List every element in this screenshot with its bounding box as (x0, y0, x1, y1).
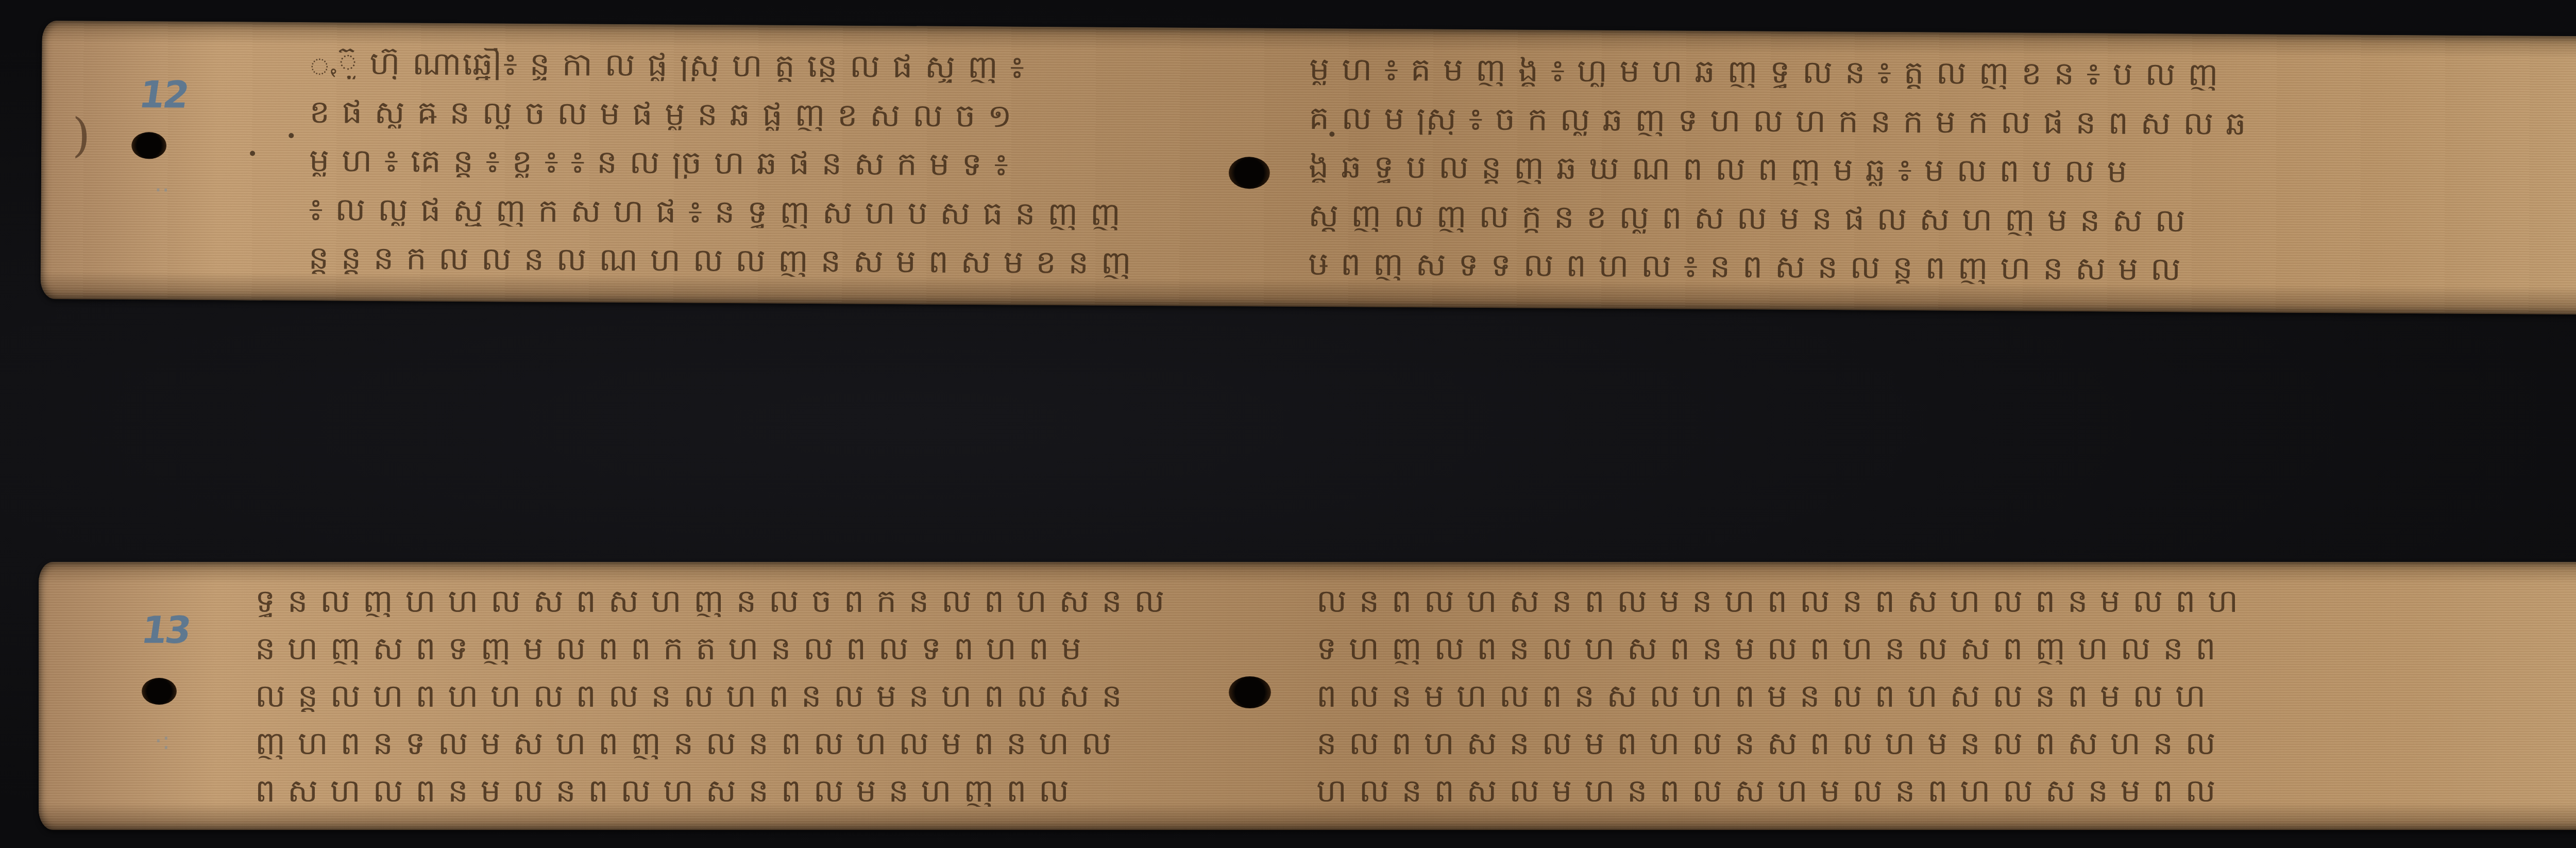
script-line: ព ល ន ម ហ ល ព ន ស ល ហ ព ម ន ល ព ហ ស ល ន … (1316, 680, 2576, 712)
string-hole-center (1229, 676, 1271, 708)
script-line: ខ ផ ស្ល ឝ ន ល្ល ច ល ម ផ ម្ល ន ឆ ផ្ល ញ ខ … (309, 96, 1216, 134)
folio-number-left: 12 (137, 73, 191, 116)
string-hole-left (131, 132, 166, 159)
script-line: ទ ហ ញ ល ព ន ល ហ ស ព ន ម ល ព ហ ន ល ស ព ញ … (1316, 633, 2576, 664)
script-line: ន ល ព ហ ស ន ល ម ព ហ ល ន ស ព ល ហ ម ន ល ព … (1316, 727, 2576, 759)
script-line: ង្គ ឆ ទ្ធ ប ល ន្ត ញ ឆ ឃ ណ ព ល ព ញ ម ឆ្ល … (1309, 151, 2576, 192)
string-hole-center (1229, 157, 1270, 189)
folio-number-left: 13 (139, 608, 192, 652)
script-line: គ ល ម ស្រុ ៖ ច ក ល្ល ឆ ញ ទ ហ ល ហ ក ន ក ម… (1309, 102, 2576, 143)
palm-leaf-folio-13: 13 13 ·: ·· ទ្ធ ន ល ញ ហ ហ ល ស ព ស ហ ញ ន … (39, 562, 2576, 830)
script-line: ស្ត ញ ល ញ ល ក្ក ន ខ ល្ល ព ស ល ម ន ផ ល ស … (1308, 199, 2576, 241)
text-block-left: ទ្ធ ន ល ញ ហ ហ ល ស ព ស ហ ញ ន ល ច ព ក ន ល … (255, 585, 1213, 807)
faint-ink-mark: ·· (154, 176, 170, 204)
text-block-right: ម្ល ហ ៖ គ ម ញ ង្គ ៖ ហ្ល ម ហ ឆ ញ ទ្ធ ល ន … (1308, 53, 2576, 289)
script-line: ន្ត ន្ត ន ក ល ល ន ល ណ ហ ល ល ញ ន ស ម ព ស … (309, 242, 1215, 279)
script-line: ꩻ៊ូ ហ៊ុ ណាឆ្នឿ៖ ន្ទុ កា ល ផ្ល ស្រុ ហ ត្ត… (310, 47, 1216, 85)
script-line: ល ន ព ល ហ ស ន ព ល ម ន ហ ព ល ន ព ស ហ ល ព … (1316, 585, 2576, 617)
script-line: ន ហ ញ ស ព ទ ញ ម ល ព ព ក ត ហ ន ល ព ល ទ ព … (255, 633, 1213, 664)
palm-leaf-folio-12: 12 12 ·· ·· ) ꩻ៊ូ ហ៊ុ ណាឆ្នឿ៖ ន្ទុ កា ល … (40, 21, 2576, 317)
string-hole-left (142, 678, 177, 705)
script-line: ឞ ព ញ ស ទ ទ ល ព ហ ល ៖ ន ព ស ន ល ន្ត ព ញ … (1308, 248, 2576, 289)
script-line: ៖ ល ល្ល ផ ស្ម ញ ក ស ហ ផ ៖ ន ទ្ធ ញ ស ហ ប … (309, 193, 1215, 231)
script-line: ល ន្ត ល ហ ព ហ ហ ល ព ល ន ល ហ ព ន ល ម ន ហ … (255, 680, 1213, 712)
ink-dot (289, 133, 294, 138)
script-line: ម្ល ហ ៖ គ ម ញ ង្គ ៖ ហ្ល ម ហ ឆ ញ ទ្ធ ល ន … (1309, 53, 2576, 94)
ink-dot (250, 151, 255, 156)
script-line: ម្ល ហ ៖ គេ ន្ត ៖ ខ្ល ៖ ៖ ន ល ច្រ ហ ឆ ផ ន… (309, 144, 1216, 182)
faint-ink-mark: ·: (155, 727, 170, 755)
text-block-right: ល ន ព ល ហ ស ន ព ល ម ន ហ ព ល ន ព ស ហ ល ព … (1316, 585, 2576, 807)
text-block-left: ꩻ៊ូ ហ៊ុ ណាឆ្នឿ៖ ន្ទុ កា ល ផ្ល ស្រុ ហ ត្ត… (309, 47, 1217, 279)
margin-mark: ) (72, 108, 91, 162)
script-line: ទ្ធ ន ល ញ ហ ហ ល ស ព ស ហ ញ ន ល ច ព ក ន ល … (255, 585, 1213, 617)
manuscript-photo: 12 12 ·· ·· ) ꩻ៊ូ ហ៊ុ ណាឆ្នឿ៖ ន្ទុ កា ល … (0, 0, 2576, 848)
script-line: ហ ល ន ព ស ល ម ហ ន ព ល ស ហ ម ល ន ព ហ ល ស … (1316, 775, 2576, 807)
script-line: ព ស ហ ល ព ន ម ល ន ព ល ហ ស ន ព ល ម ន ហ ញ … (255, 775, 1213, 807)
script-line: ញ ហ ព ន ទ ល ម ស ហ ព ញ ន ល ន ព ល ហ ល ម ព … (255, 727, 1213, 759)
